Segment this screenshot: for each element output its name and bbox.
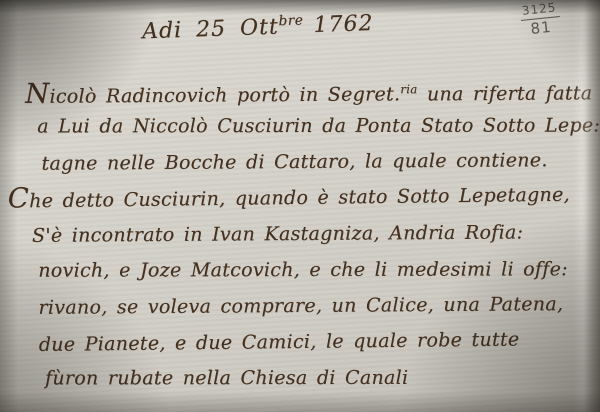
line-text: tagne nelle Bocche di Cattaro, la quale … (41, 149, 547, 175)
superscript-abbreviation: ria (400, 82, 417, 96)
manuscript-line: Nicolò Radincovich portò in Segret.ria u… (0, 70, 591, 110)
manuscript-line: S'è incontrato in Ivan Kastagniza, Andri… (0, 214, 592, 254)
manuscript-line: Che detto Cusciurin, quando è stato Sott… (0, 176, 592, 219)
date-superscript: bre (278, 12, 303, 29)
line-text: Nicolò Radincovich portò in Segret. (25, 84, 400, 109)
manuscript-body: Nicolò Radincovich portò in Segret.ria u… (0, 70, 593, 398)
manuscript-line: tagne nelle Bocche di Cattaro, la quale … (0, 142, 592, 182)
line-text: due Pianete, e due Camici, le quale robe… (39, 328, 520, 355)
line-text: una riferta fatta (418, 82, 593, 105)
manuscript-line: due Pianete, e due Camici, le quale robe… (1, 321, 593, 364)
date-heading: Adi 25 Ottbre1762 (142, 10, 374, 44)
line-text: a Lui da Niccolò Cusciurin da Ponta Stat… (37, 114, 600, 137)
manuscript-line: a Lui da Niccolò Cusciurin da Ponta Stat… (0, 107, 591, 144)
manuscript-line: novich, e Joze Matcovich, e che li medes… (0, 251, 592, 289)
date-prefix: Adi 25 Ott (142, 15, 280, 45)
line-text: S'è incontrato in Ivan Kastagniza, Andri… (32, 221, 523, 246)
line-text: fùron rubate nella Chiesa di Canali (45, 367, 408, 390)
archival-number-denominator: 81 (521, 17, 561, 39)
date-year: 1762 (313, 11, 374, 38)
line-text: rivano, se voleva comprare, un Calice, u… (38, 293, 563, 319)
manuscript-line: fùron rubate nella Chiesa di Canali (1, 359, 593, 396)
manuscript-photo: 3125 81 Adi 25 Ottbre1762 Nicolò Radinco… (0, 0, 600, 412)
archival-number: 3125 81 (520, 1, 562, 39)
line-text: novich, e Joze Matcovich, e che li medes… (38, 258, 568, 281)
manuscript-line: rivano, se voleva comprare, un Calice, u… (0, 286, 592, 326)
line-text: Che detto Cusciurin, quando è stato Sott… (8, 184, 570, 213)
